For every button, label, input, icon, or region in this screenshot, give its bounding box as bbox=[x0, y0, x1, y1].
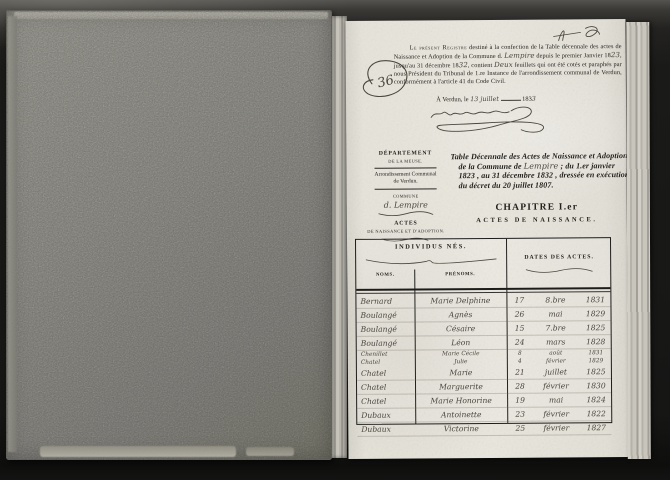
cell-month: juillet bbox=[533, 367, 579, 376]
cell-prenoms: Marie Honorine bbox=[415, 396, 507, 406]
chapter-heading: CHAPITRE I.er bbox=[451, 202, 623, 213]
cell-prenoms: Marie Delphine bbox=[414, 296, 506, 306]
cell-prenoms: Césaire bbox=[415, 324, 507, 334]
certificate-lead: Le présent Registre bbox=[410, 44, 468, 51]
cell-month: 8.bre bbox=[532, 295, 578, 304]
cell-year: 1824 bbox=[579, 395, 613, 404]
end-year-handwritten: 32 bbox=[459, 61, 468, 69]
pen-paraph-flourish bbox=[549, 23, 605, 45]
commune-handwritten: d. Lempire bbox=[363, 201, 449, 209]
cell-day: 17 bbox=[506, 296, 532, 305]
cell-year: 1830 bbox=[579, 381, 613, 390]
cell-year: 1827 bbox=[579, 423, 613, 432]
cell-year: 1831 bbox=[579, 350, 613, 356]
cell-prenoms: Julie bbox=[415, 359, 507, 366]
cell-day: 19 bbox=[507, 396, 533, 405]
cell-day: 24 bbox=[507, 338, 533, 347]
cell-month: mars bbox=[533, 337, 579, 346]
certificate-body-2: depuis le premier Janvier 18 bbox=[536, 52, 611, 60]
heading-commune-handwritten: Lempire bbox=[524, 161, 559, 170]
cell-nom: Chatel bbox=[357, 360, 415, 366]
certificate-paragraph: Le présent Registre destiné à la confect… bbox=[394, 43, 622, 87]
start-year-handwritten: 23 bbox=[611, 51, 620, 59]
cell-nom: Dubaux bbox=[357, 425, 415, 434]
cell-prenoms: Marie bbox=[415, 368, 507, 378]
cell-day: 25 bbox=[507, 424, 533, 433]
cover-grain-texture bbox=[6, 10, 332, 460]
printed-blank-line bbox=[501, 99, 521, 101]
book-cover bbox=[6, 10, 332, 460]
cover-worn-bottom-patch bbox=[246, 447, 294, 456]
folio-number: 36 bbox=[376, 73, 396, 92]
cell-day: 15 bbox=[507, 324, 533, 333]
departement-sub-label: DE LA MEUSE. bbox=[362, 157, 448, 165]
cell-month: février bbox=[533, 409, 579, 418]
cell-nom: Dubaux bbox=[357, 411, 415, 420]
cell-month: février bbox=[533, 358, 579, 364]
cell-month: février bbox=[533, 381, 579, 390]
table-row: Dubaux Victorine 25 février 1827 bbox=[357, 421, 611, 437]
register-scan: 36 Le présent Registre destiné à la conf… bbox=[0, 0, 670, 480]
cell-year: 1831 bbox=[578, 295, 612, 304]
page-block-edges bbox=[626, 22, 651, 459]
cell-month: mai bbox=[533, 395, 579, 404]
cell-year: 1829 bbox=[579, 358, 613, 364]
feuillets-count-handwritten: Deux bbox=[494, 61, 513, 69]
cell-nom: Boulangé bbox=[357, 339, 415, 348]
cell-nom: Chatel bbox=[357, 369, 415, 378]
cell-year: 1825 bbox=[579, 323, 613, 332]
cell-month: août bbox=[533, 350, 579, 356]
commune-name-handwritten: Lempire bbox=[504, 52, 534, 60]
cell-nom: Chenillet bbox=[357, 352, 415, 358]
place-prefix: À Verdun, le bbox=[436, 96, 468, 103]
cell-prenoms: Marguerite bbox=[415, 382, 507, 392]
register-page: 36 Le présent Registre destiné à la conf… bbox=[345, 19, 628, 459]
book-gutter bbox=[332, 16, 347, 458]
certificate-body-4: , contient bbox=[468, 62, 493, 69]
cell-day: 26 bbox=[506, 310, 532, 319]
cell-nom: Chatel bbox=[357, 383, 415, 392]
cell-day: 8 bbox=[507, 351, 533, 357]
year-printed: 183 bbox=[522, 96, 532, 103]
cover-worn-bottom-edge bbox=[40, 446, 236, 457]
year-digit-handwritten: 3 bbox=[532, 95, 536, 103]
cell-month: 7.bre bbox=[533, 323, 579, 332]
cell-prenoms: Léon bbox=[415, 338, 507, 348]
group-header-brace bbox=[364, 255, 498, 268]
place-date-line: À Verdun, le 13 juillet 1833 bbox=[386, 94, 586, 103]
cell-day: 28 bbox=[507, 382, 533, 391]
president-signature-flourish bbox=[421, 103, 561, 138]
cell-year: 1828 bbox=[579, 337, 613, 346]
cell-prenoms: Agnès bbox=[414, 310, 506, 320]
cell-month: février bbox=[533, 423, 579, 432]
underline-swash bbox=[377, 210, 435, 216]
section-heading: ACTES DE NAISSANCE. bbox=[451, 216, 623, 224]
date-handwritten: 13 juillet bbox=[470, 95, 499, 103]
arrondissement-line-2: de Verdun. bbox=[363, 178, 449, 186]
cell-nom: Chatel bbox=[357, 397, 415, 406]
cell-day: 4 bbox=[507, 359, 533, 365]
margin-block: DÉPARTEMENT DE LA MEUSE. Arrondissement … bbox=[362, 150, 449, 243]
cell-day: 23 bbox=[507, 410, 533, 419]
cell-nom: Boulangé bbox=[356, 311, 414, 320]
column-header-noms: NOMS. bbox=[356, 273, 414, 278]
cell-year: 1825 bbox=[579, 367, 613, 376]
column-header-dates: DATES DES ACTES. bbox=[506, 254, 612, 261]
cell-month: mai bbox=[532, 309, 578, 318]
group-header-individus: INDIVIDUS NÉS. bbox=[356, 243, 506, 251]
margin-rule bbox=[375, 167, 437, 168]
dates-header-swash bbox=[524, 266, 594, 274]
column-header-prenoms: PRÉNOMS. bbox=[414, 272, 506, 278]
cell-year: 1829 bbox=[578, 309, 612, 318]
cell-nom: Bernard bbox=[356, 297, 414, 306]
actes-sub-label: DE NAISSANCE ET D'ADOPTION. bbox=[363, 227, 449, 235]
commune-label: COMMUNE bbox=[363, 192, 449, 200]
cell-year: 1822 bbox=[579, 409, 613, 418]
cell-prenoms: Antoinette bbox=[415, 410, 507, 420]
table-body: Bernard Marie Delphine 17 8.bre 1831 Bou… bbox=[356, 293, 611, 424]
margin-rule bbox=[375, 188, 437, 189]
births-table: INDIVIDUS NÉS. DATES DES ACTES. NOMS. PR… bbox=[355, 237, 612, 425]
cell-prenoms: Victorine bbox=[415, 424, 507, 434]
decennial-table-heading: Table Décennale des Actes de Naissance e… bbox=[450, 151, 630, 191]
cell-day: 21 bbox=[507, 368, 533, 377]
cell-nom: Boulangé bbox=[357, 325, 415, 334]
cell-prenoms: Marie Cécile bbox=[415, 351, 507, 358]
